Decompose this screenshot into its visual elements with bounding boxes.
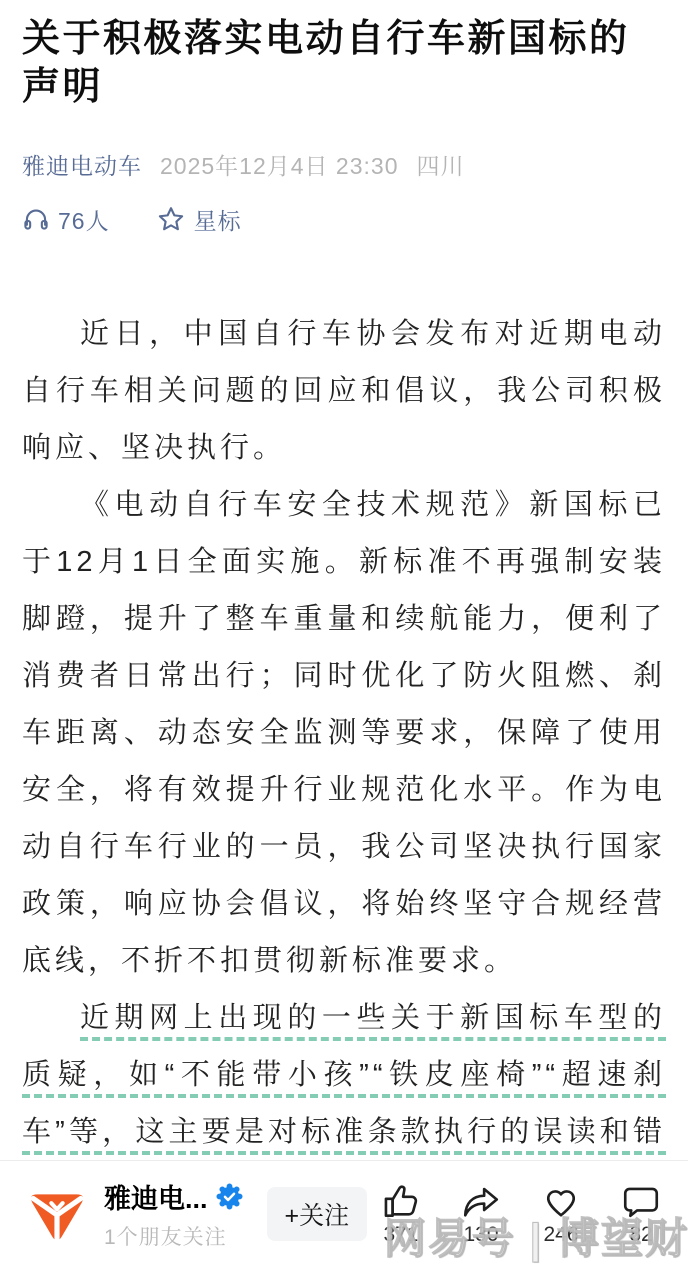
page-title: 关于积极落实电动自行车新国标的声明 [22, 16, 666, 112]
action-buttons: 371 130 246 82 [380, 1181, 662, 1246]
favorite-action[interactable]: 246 [540, 1181, 582, 1246]
favorite-count: 246 [543, 1223, 578, 1246]
paragraph-2: 《电动自行车安全技术规范》新国标已于12月1日全面实施。新标准不再强制安装脚蹬，… [22, 477, 666, 990]
comment-action[interactable]: 82 [620, 1181, 662, 1246]
comment-icon [620, 1181, 662, 1223]
heart-icon [540, 1181, 582, 1223]
account-info: 雅迪电... 1个朋友关注 [104, 1177, 243, 1251]
article-page: 关于积极落实电动自行车新国标的声明 雅迪电动车 2025年12月4日 23:30… [0, 0, 688, 1266]
account-name[interactable]: 雅迪电... [104, 1177, 208, 1216]
yadea-logo[interactable] [26, 1183, 88, 1245]
star-label: 星标 [194, 203, 242, 236]
friends-follow-note: 1个朋友关注 [104, 1221, 243, 1251]
article-actions-row: 76人 星标 [22, 203, 666, 236]
publish-date: 2025年12月4日 23:30 [160, 148, 399, 181]
article-content: 关于积极落实电动自行车新国标的声明 雅迪电动车 2025年12月4日 23:30… [0, 16, 688, 1218]
account-bar: 雅迪电... 1个朋友关注 +关注 [0, 1160, 688, 1266]
thumbs-up-icon [380, 1181, 422, 1223]
article-body: 近日，中国自行车协会发布对近期电动自行车相关问题的回应和倡议，我公司积极响应、坚… [22, 306, 666, 1218]
like-action[interactable]: 371 [380, 1181, 422, 1246]
comment-count: 82 [629, 1223, 652, 1246]
listen-control[interactable]: 76人 [22, 203, 110, 236]
verified-badge-icon [216, 1183, 243, 1210]
share-action[interactable]: 130 [460, 1181, 502, 1246]
article-meta: 雅迪电动车 2025年12月4日 23:30 四川 [22, 148, 666, 181]
author-link[interactable]: 雅迪电动车 [22, 148, 142, 181]
star-control[interactable]: 星标 [156, 203, 242, 236]
publish-location: 四川 [417, 148, 465, 181]
share-count: 130 [463, 1223, 498, 1246]
star-icon [156, 204, 186, 234]
listen-count: 76人 [58, 203, 110, 236]
share-icon [460, 1181, 502, 1223]
headphones-icon [22, 205, 50, 233]
paragraph-1: 近日，中国自行车协会发布对近期电动自行车相关问题的回应和倡议，我公司积极响应、坚… [22, 306, 666, 477]
follow-button[interactable]: +关注 [267, 1187, 368, 1241]
like-count: 371 [383, 1223, 418, 1246]
